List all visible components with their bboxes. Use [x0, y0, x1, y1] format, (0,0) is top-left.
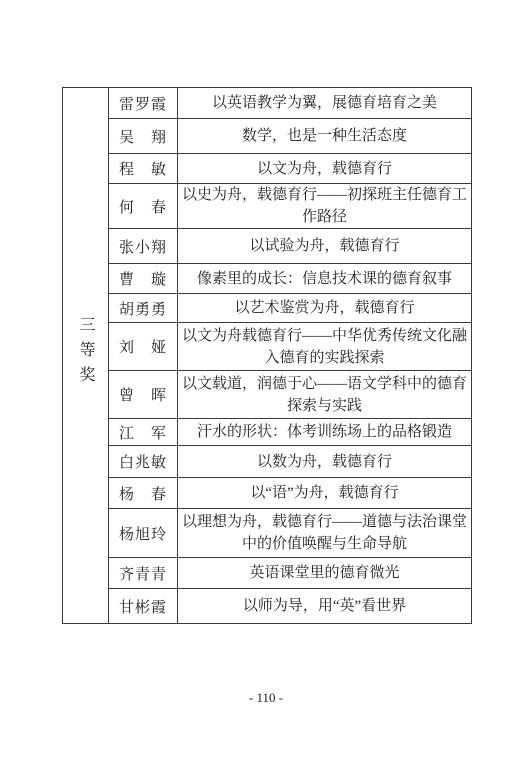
table-row: 杨 春 以“语”为舟，载德育行	[63, 478, 472, 509]
name-cell: 胡勇勇	[109, 294, 178, 323]
table-row: 吴 翔 数学，也是一种生活态度	[63, 119, 472, 154]
name-cell: 刘 娅	[109, 323, 178, 371]
prize-cell: 三等奖	[63, 88, 109, 624]
table-row: 曾 晖 以文载道，润德于心——语文学科中的德育探索与实践	[63, 371, 472, 419]
table-row: 江 军 汗水的形状：体考训练场上的品格锻造	[63, 419, 472, 446]
name-cell: 曹 璇	[109, 264, 178, 294]
table-row: 程 敏 以文为舟，载德育行	[63, 154, 472, 184]
title-cell: 以理想为舟，载德育行——道德与法治课堂中的价值唤醒与生命导航	[178, 509, 472, 558]
title-cell: 英语课堂里的德育微光	[178, 558, 472, 589]
title-cell: 以数为舟，载德育行	[178, 446, 472, 478]
table-row: 甘彬霞 以师为导，用“英”看世界	[63, 589, 472, 624]
table-row: 何 春 以史为舟，载德育行——初探班主任德育工作路径	[63, 184, 472, 229]
prize-label: 三等奖	[74, 316, 97, 391]
name-cell: 程 敏	[109, 154, 178, 184]
table-row: 曹 璇 像素里的成长：信息技术课的德育叙事	[63, 264, 472, 294]
table-row: 胡勇勇 以艺术鉴赏为舟，载德育行	[63, 294, 472, 323]
name-cell: 曾 晖	[109, 371, 178, 419]
document-page: 三等奖 雷罗霞 以英语教学为翼，展德育培育之美 吴 翔 数学，也是一种生活态度 …	[0, 0, 532, 768]
title-cell: 以试验为舟，载德育行	[178, 229, 472, 264]
name-cell: 何 春	[109, 184, 178, 229]
name-cell: 吴 翔	[109, 119, 178, 154]
table-row: 刘 娅 以文为舟载德育行——中华优秀传统文化融入德育的实践探索	[63, 323, 472, 371]
title-cell: 以“语”为舟，载德育行	[178, 478, 472, 509]
table-row: 杨旭玲 以理想为舟，载德育行——道德与法治课堂中的价值唤醒与生命导航	[63, 509, 472, 558]
name-cell: 江 军	[109, 419, 178, 446]
table-row: 齐青青 英语课堂里的德育微光	[63, 558, 472, 589]
name-cell: 张小翔	[109, 229, 178, 264]
name-cell: 雷罗霞	[109, 88, 178, 119]
table-row: 张小翔 以试验为舟，载德育行	[63, 229, 472, 264]
name-cell: 杨旭玲	[109, 509, 178, 558]
title-cell: 以师为导，用“英”看世界	[178, 589, 472, 624]
name-cell: 白兆敏	[109, 446, 178, 478]
title-cell: 以英语教学为翼，展德育培育之美	[178, 88, 472, 119]
title-cell: 以文载道，润德于心——语文学科中的德育探索与实践	[178, 371, 472, 419]
name-cell: 齐青青	[109, 558, 178, 589]
awards-table: 三等奖 雷罗霞 以英语教学为翼，展德育培育之美 吴 翔 数学，也是一种生活态度 …	[62, 87, 472, 624]
title-cell: 汗水的形状：体考训练场上的品格锻造	[178, 419, 472, 446]
name-cell: 杨 春	[109, 478, 178, 509]
page-number: - 110 -	[0, 690, 532, 706]
title-cell: 像素里的成长：信息技术课的德育叙事	[178, 264, 472, 294]
title-cell: 数学，也是一种生活态度	[178, 119, 472, 154]
title-cell: 以文为舟，载德育行	[178, 154, 472, 184]
name-cell: 甘彬霞	[109, 589, 178, 624]
title-cell: 以艺术鉴赏为舟，载德育行	[178, 294, 472, 323]
table-row: 三等奖 雷罗霞 以英语教学为翼，展德育培育之美	[63, 88, 472, 119]
table-row: 白兆敏 以数为舟，载德育行	[63, 446, 472, 478]
title-cell: 以文为舟载德育行——中华优秀传统文化融入德育的实践探索	[178, 323, 472, 371]
title-cell: 以史为舟，载德育行——初探班主任德育工作路径	[178, 184, 472, 229]
